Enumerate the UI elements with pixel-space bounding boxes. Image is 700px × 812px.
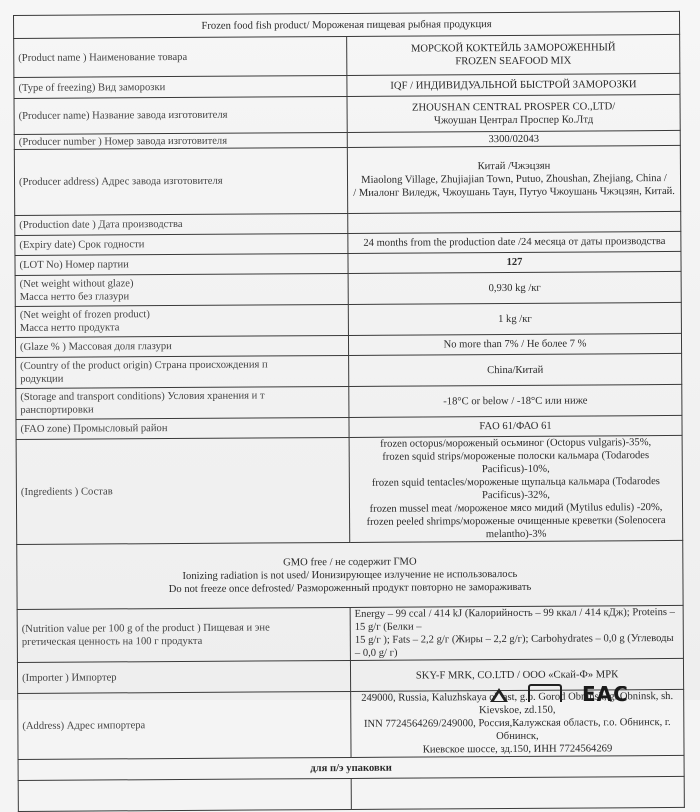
row-ingredients: (Ingredients ) Состав frozen octopus/мор…	[16, 435, 683, 544]
net-weight-frozen-value: 1 kg /кг	[348, 302, 681, 335]
producer-address-line-3: / Миалонг Виледж, Чжоушань Таун, Путуо Ч…	[352, 185, 676, 200]
glaze-label: (Glaze % ) Массовая доля глазури	[15, 335, 348, 357]
net-weight-frozen-label: (Net weight of frozen product) Масса нет…	[15, 304, 348, 337]
product-info-table: Frozen food fish product/ Мороженая пище…	[13, 11, 685, 700]
origin-label-line-2: родукции	[20, 371, 344, 386]
producer-address-value: Китай /Чжэцзян Miaolong Village, Zhujiaj…	[347, 145, 680, 213]
certification-marks: ЕАС	[490, 684, 629, 700]
fao-zone-label: (FAO zone) Промысловый район	[16, 417, 349, 439]
net-weight-no-glaze-value: 0,930 kg /кг	[348, 271, 681, 304]
food-contact-icon	[528, 684, 562, 700]
product-name-label: (Product name ) Наименование товара	[14, 36, 347, 77]
importer-label: (Importer ) Импортер	[17, 660, 350, 693]
nutrition-value-line-1: Energy – 99 ccal / 414 kJ (Калорийность …	[355, 606, 679, 634]
storage-value: -18°C or below / -18°C или ниже	[349, 384, 682, 417]
fao-zone-value: FAO 61/ФАО 61	[349, 415, 682, 437]
row-storage: (Storage and transport conditions) Услов…	[16, 384, 682, 419]
product-label-sheet: Frozen food fish product/ Мороженая пище…	[0, 0, 700, 700]
ingredients-list: frozen octopus/мороженый осьминог (Octop…	[349, 435, 683, 542]
net-weight-frozen-label-ru: Масса нетто продукта	[20, 320, 344, 335]
nutrition-value-line-2: 15 g/г ); Fats – 2,2 g/г (Жиры – 2,2 g/г…	[355, 632, 679, 660]
row-nutrition: (Nutrition value per 100 g of the produc…	[17, 605, 683, 662]
nutrition-label: (Nutrition value per 100 g of the produc…	[17, 607, 350, 662]
origin-label: (Country of the product origin) Страна п…	[16, 355, 349, 388]
freezing-value: IQF / ИНДИВИДУАЛЬНОЙ БЫСТРОЙ ЗАМОРОЗКИ	[347, 73, 680, 96]
origin-value: China/Китай	[349, 353, 682, 386]
notice-do-not-refreeze: Do not freeze once defrosted/ Разморожен…	[21, 579, 678, 596]
ingredient-item: frozen squid tentacles/мороженые щупальц…	[354, 475, 678, 503]
notices: GMO free / не содержит ГМО Ionizing radi…	[17, 540, 683, 609]
row-product-name: (Product name ) Наименование товара МОРС…	[14, 34, 680, 77]
ingredient-item: frozen squid strips/мороженые полоски ка…	[354, 449, 678, 477]
row-origin: (Country of the product origin) Страна п…	[16, 353, 682, 388]
production-date-value	[348, 211, 681, 233]
expiry-date-label: (Expiry date) Срок годности	[15, 233, 348, 255]
ingredient-item: frozen peeled shrimps/мороженые очищенны…	[354, 514, 678, 542]
product-name-en: FROZEN SEAFOOD MIX	[351, 54, 675, 69]
expiry-date-value: 24 months from the production date /24 м…	[348, 231, 681, 253]
lot-number-label: (LOT No) Номер партии	[15, 253, 348, 275]
producer-address-label: (Producer address) Адрес завода изготови…	[14, 147, 347, 215]
importer-address-label: (Address) Адрес импортера	[18, 691, 351, 700]
recycle-triangle-icon	[490, 688, 508, 700]
storage-label: (Storage and transport conditions) Услов…	[16, 386, 349, 419]
row-net-weight-no-glaze: (Net weight without glaze) Масса нетто б…	[15, 271, 681, 306]
storage-label-line-2: ранспортировки	[20, 402, 344, 417]
producer-name-ru: Чжоушан Централ Проспер Ко.Лтд	[352, 112, 676, 127]
eac-mark-icon: ЕАС	[582, 686, 629, 700]
producer-name-value: ZHOUSHAN CENTRAL PROSPER CO.,LTD/ Чжоуша…	[347, 94, 680, 132]
net-weight-no-glaze-label-ru: Масса нетто без глазури	[20, 289, 344, 304]
row-producer-name: (Producer name) Название завода изготови…	[14, 94, 680, 134]
net-weight-no-glaze-label: (Net weight without glaze) Масса нетто б…	[15, 273, 348, 306]
nutrition-value: Energy – 99 ccal / 414 kJ (Калорийность …	[350, 605, 683, 660]
production-date-label: (Production date ) Дата производства	[15, 213, 348, 235]
row-net-weight-frozen: (Net weight of frozen product) Масса нет…	[15, 302, 681, 337]
glaze-value: No more than 7% / Не более 7 %	[348, 333, 681, 355]
producer-name-label: (Producer name) Название завода изготови…	[14, 96, 347, 134]
ingredients-label: (Ingredients ) Состав	[16, 437, 350, 544]
row-notices: GMO free / не содержит ГМО Ionizing radi…	[17, 540, 683, 609]
freezing-label: (Type of freezing) Вид заморозки	[14, 75, 347, 98]
nutrition-label-line-2: ргетическая ценность на 100 г продукта	[22, 634, 346, 649]
row-producer-address: (Producer address) Адрес завода изготови…	[14, 145, 680, 215]
lot-number-value: 127	[348, 251, 681, 273]
product-name-value: МОРСКОЙ КОКТЕЙЛЬ ЗАМОРОЖЕННЫЙ FROZEN SEA…	[347, 34, 680, 75]
